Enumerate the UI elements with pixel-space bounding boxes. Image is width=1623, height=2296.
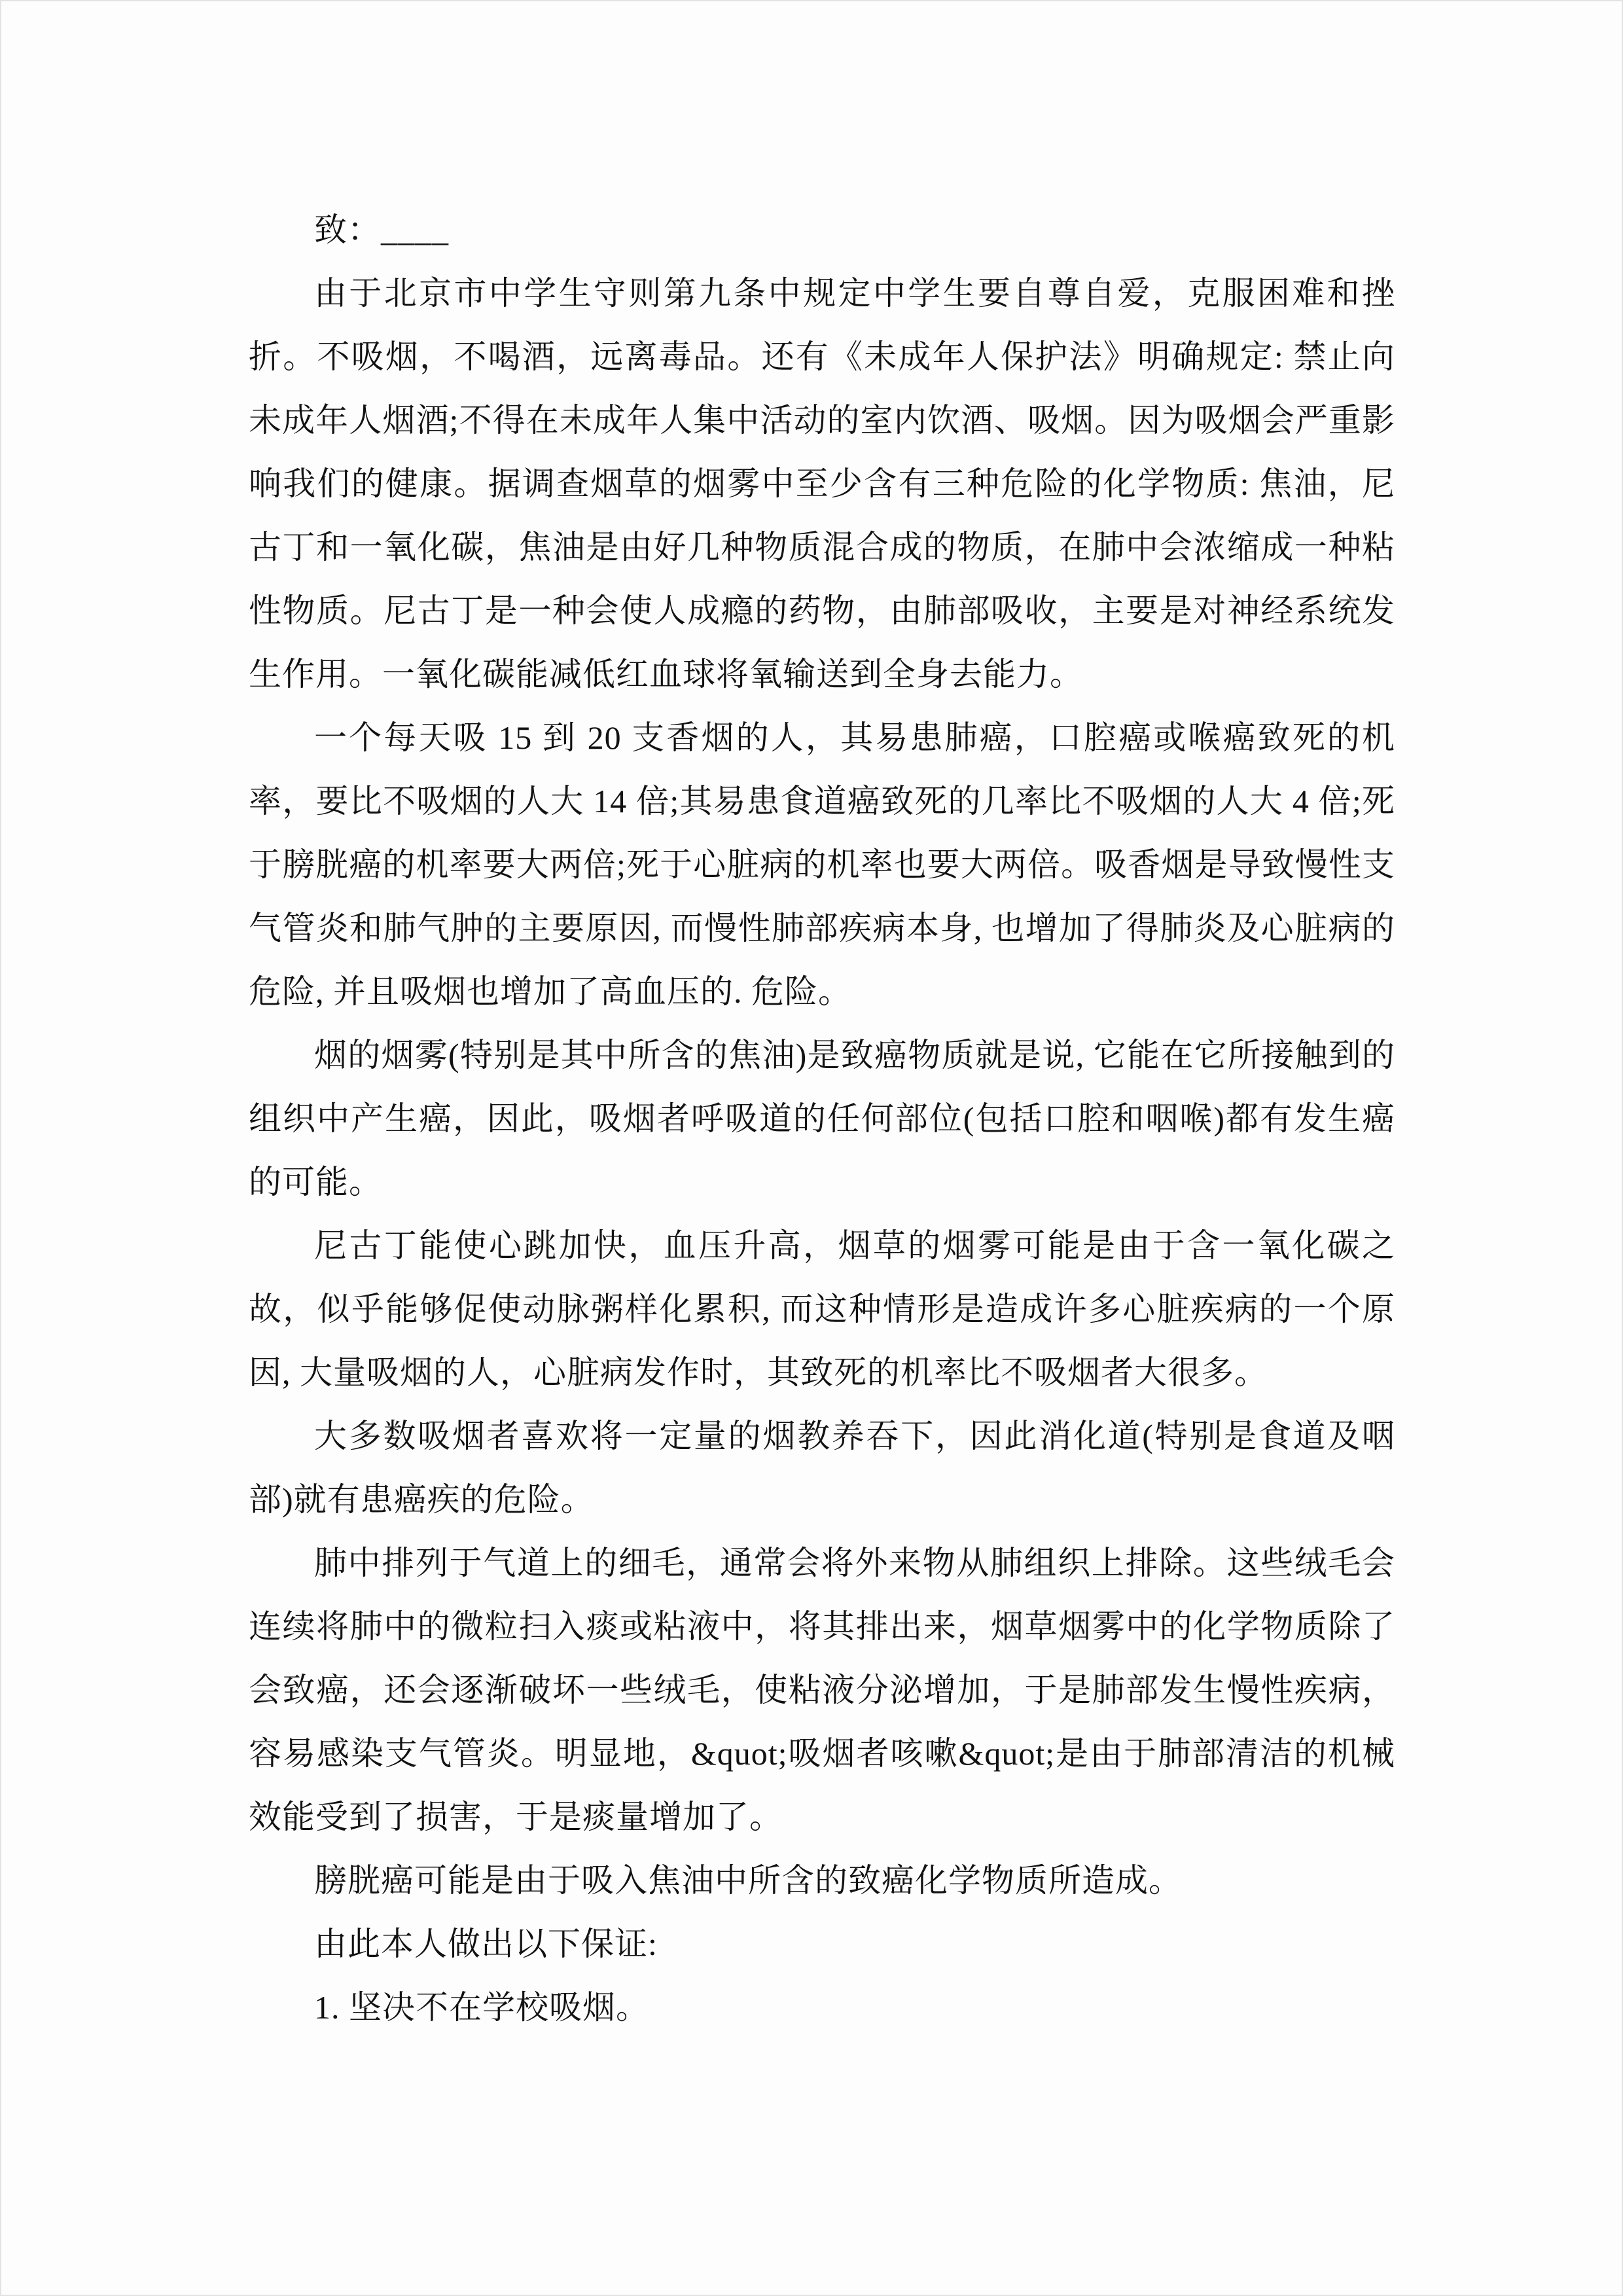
pledge-intro-line: 由此本人做出以下保证:: [249, 1912, 1395, 1976]
paragraph: 尼古丁能使心跳加快，血压升高，烟草的烟雾可能是由于含一氧化碳之故，似乎能够促使动…: [249, 1214, 1395, 1405]
paragraph: 大多数吸烟者喜欢将一定量的烟教养吞下，因此消化道(特别是食道及咽部)就有患癌疾的…: [249, 1405, 1395, 1532]
salutation-line: 致：____: [249, 198, 1395, 262]
letter-body: 致：____ 由于北京市中学生守则第九条中规定中学生要自尊自爱，克服困难和挫折。…: [249, 198, 1395, 2039]
document-page: { "page": { "background_color": "#fdfdfd…: [0, 0, 1623, 2296]
pledge-item-1: 1. 坚决不在学校吸烟。: [249, 1976, 1395, 2039]
paragraph: 烟的烟雾(特别是其中所含的焦油)是致癌物质就是说, 它能在它所接触到的组织中产生…: [249, 1024, 1395, 1214]
paragraph: 一个每天吸 15 到 20 支香烟的人，其易患肺癌，口腔癌或喉癌致死的机率，要比…: [249, 706, 1395, 1024]
paragraph: 膀胱癌可能是由于吸入焦油中所含的致癌化学物质所造成。: [249, 1849, 1395, 1912]
paragraph: 由于北京市中学生守则第九条中规定中学生要自尊自爱，克服困难和挫折。不吸烟，不喝酒…: [249, 262, 1395, 706]
paragraph: 肺中排列于气道上的细毛，通常会将外来物从肺组织上排除。这些绒毛会连续将肺中的微粒…: [249, 1532, 1395, 1849]
